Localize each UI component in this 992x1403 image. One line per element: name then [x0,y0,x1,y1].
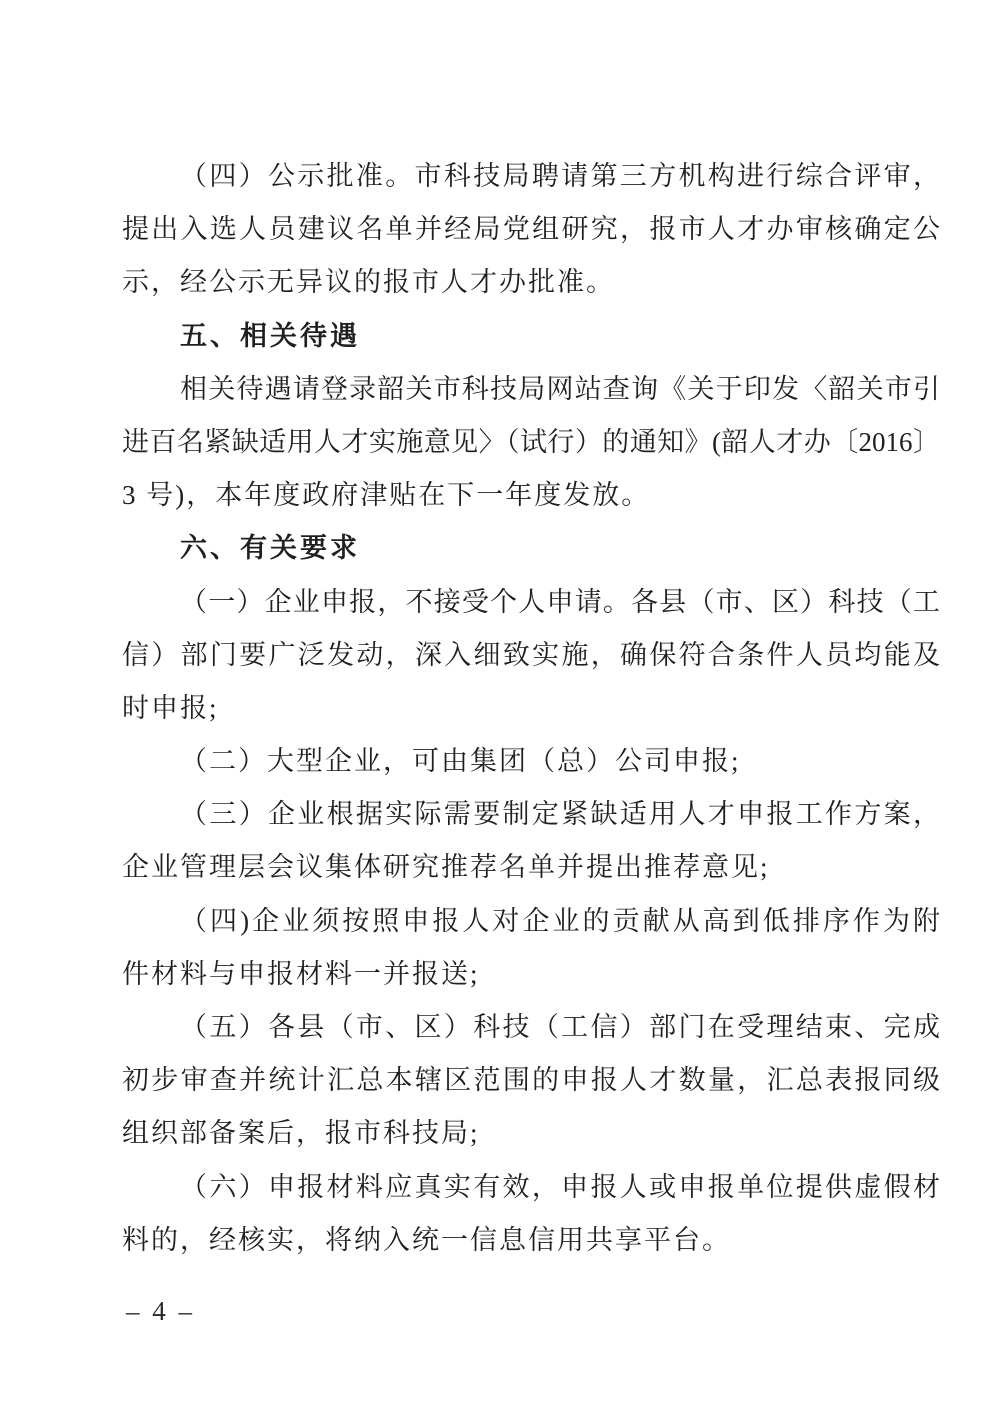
body-paragraph: （三）企业根据实际需要制定紧缺适用人才申报工作方案，企业管理层会议集体研究推荐名… [122,788,940,894]
body-paragraph: （四)企业须按照申报人对企业的贡献从高到低排序作为附件材料与申报材料一并报送; [122,895,940,1001]
text-line: （六）申报材料应真实有效，申报人或申报单位提供虚假材 [122,1161,940,1214]
text-line: 时申报; [122,682,940,735]
text-line: 初步审查并统计汇总本辖区范围的申报人才数量，汇总表报同级 [122,1054,940,1107]
text-line: （五）各县（市、区）科技（工信）部门在受理结束、完成 [122,1001,940,1054]
text-line: 进百名紧缺适用人才实施意见〉（试行）的通知》(韶人才办〔2016〕 [122,416,940,469]
text-line: （二）大型企业，可由集团（总）公司申报; [122,735,940,788]
body-paragraph: （二）大型企业，可由集团（总）公司申报; [122,735,940,788]
text-line: 3 号)，本年度政府津贴在下一年度发放。 [122,469,940,522]
body-paragraph: （六）申报材料应真实有效，申报人或申报单位提供虚假材料的，经核实，将纳入统一信息… [122,1161,940,1267]
body-paragraph: （一）企业申报，不接受个人申请。各县（市、区）科技（工信）部门要广泛发动，深入细… [122,576,940,736]
body-paragraph: （四）公示批准。市科技局聘请第三方机构进行综合评审，提出入选人员建议名单并经局党… [122,150,940,310]
body-paragraph: 相关待遇请登录韶关市科技局网站查询《关于印发〈韶关市引进百名紧缺适用人才实施意见… [122,363,940,523]
text-line: 六、有关要求 [122,522,940,575]
text-line: 件材料与申报材料一并报送; [122,948,940,1001]
section-heading: 六、有关要求 [122,522,940,575]
section-heading: 五、相关待遇 [122,310,940,363]
document-body: （四）公示批准。市科技局聘请第三方机构进行综合评审，提出入选人员建议名单并经局党… [122,150,940,1267]
text-line: 组织部备案后，报市科技局; [122,1107,940,1160]
text-line: 信）部门要广泛发动，深入细致实施，确保符合条件人员均能及 [122,629,940,682]
text-line: （三）企业根据实际需要制定紧缺适用人才申报工作方案， [122,788,940,841]
text-line: 提出入选人员建议名单并经局党组研究，报市人才办审核确定公 [122,203,940,256]
text-line: 五、相关待遇 [122,310,940,363]
body-paragraph: （五）各县（市、区）科技（工信）部门在受理结束、完成初步审查并统计汇总本辖区范围… [122,1001,940,1161]
document-page: （四）公示批准。市科技局聘请第三方机构进行综合评审，提出入选人员建议名单并经局党… [0,0,992,1403]
text-line: （四)企业须按照申报人对企业的贡献从高到低排序作为附 [122,895,940,948]
text-line: （一）企业申报，不接受个人申请。各县（市、区）科技（工 [122,576,940,629]
text-line: 企业管理层会议集体研究推荐名单并提出推荐意见; [122,841,940,894]
text-line: 相关待遇请登录韶关市科技局网站查询《关于印发〈韶关市引 [122,363,940,416]
text-line: （四）公示批准。市科技局聘请第三方机构进行综合评审， [122,150,940,203]
text-line: 料的，经核实，将纳入统一信息信用共享平台。 [122,1214,940,1267]
page-number: – 4 – [126,1290,195,1332]
text-line: 示，经公示无异议的报市人才办批准。 [122,256,940,309]
